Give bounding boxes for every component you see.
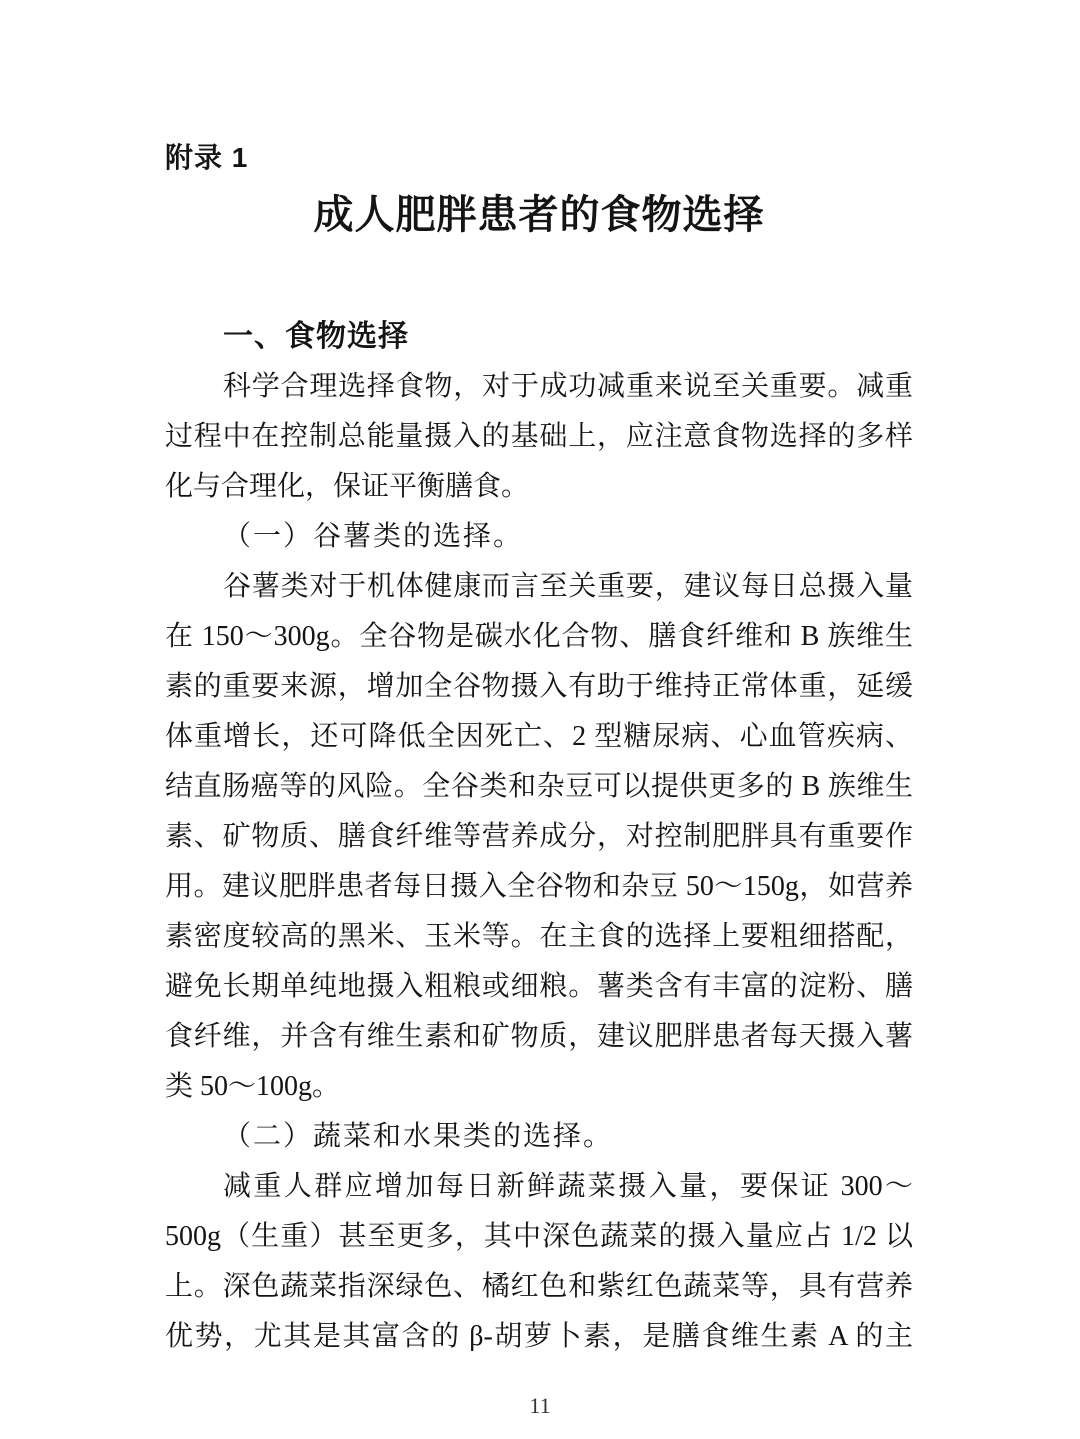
- paragraph-line: 体重增长，还可降低全因死亡、2 型糖尿病、心血管疾病、: [165, 712, 913, 762]
- paragraph-line: 素、矿物质、膳食纤维等营养成分，对控制肥胖具有重要作: [165, 812, 913, 862]
- paragraph-line: 素的重要来源，增加全谷物摄入有助于维持正常体重，延缓: [165, 662, 913, 712]
- page-title: 成人肥胖患者的食物选择: [165, 190, 913, 240]
- section-heading: 一、食物选择: [165, 312, 913, 362]
- paragraph-line: 500g（生重）甚至更多，其中深色蔬菜的摄入量应占 1/2 以: [165, 1212, 913, 1262]
- document-content: 一、食物选择科学合理选择食物，对于成功减重来说至关重要。减重过程中在控制总能量摄…: [165, 312, 913, 1362]
- paragraph-line: 类 50～100g。: [165, 1062, 913, 1112]
- paragraph-line: 用。建议肥胖患者每日摄入全谷物和杂豆 50～150g，如营养: [165, 862, 913, 912]
- paragraph-line: 素密度较高的黑米、玉米等。在主食的选择上要粗细搭配，: [165, 912, 913, 962]
- appendix-label: 附录 1: [165, 140, 913, 176]
- paragraph-line: 科学合理选择食物，对于成功减重来说至关重要。减重: [165, 362, 913, 412]
- paragraph-line: 过程中在控制总能量摄入的基础上，应注意食物选择的多样: [165, 412, 913, 462]
- paragraph-line: 避免长期单纯地摄入粗粮或细粮。薯类含有丰富的淀粉、膳: [165, 962, 913, 1012]
- document-page: 附录 1 成人肥胖患者的食物选择 一、食物选择科学合理选择食物，对于成功减重来说…: [0, 0, 1080, 1439]
- paragraph-line: 结直肠癌等的风险。全谷类和杂豆可以提供更多的 B 族维生: [165, 762, 913, 812]
- paragraph-line: 化与合理化，保证平衡膳食。: [165, 462, 913, 512]
- sub-section-heading: （二）蔬菜和水果类的选择。: [165, 1112, 913, 1162]
- paragraph-line: 食纤维，并含有维生素和矿物质，建议肥胖患者每天摄入薯: [165, 1012, 913, 1062]
- page-number: 11: [0, 1393, 1080, 1419]
- sub-section-heading: （一）谷薯类的选择。: [165, 512, 913, 562]
- paragraph-line: 上。深色蔬菜指深绿色、橘红色和紫红色蔬菜等，具有营养: [165, 1262, 913, 1312]
- paragraph-line: 在 150～300g。全谷物是碳水化合物、膳食纤维和 B 族维生: [165, 612, 913, 662]
- paragraph-line: 优势，尤其是其富含的 β-胡萝卜素，是膳食维生素 A 的主: [165, 1312, 913, 1362]
- paragraph-line: 减重人群应增加每日新鲜蔬菜摄入量，要保证 300～: [165, 1162, 913, 1212]
- paragraph-line: 谷薯类对于机体健康而言至关重要，建议每日总摄入量: [165, 562, 913, 612]
